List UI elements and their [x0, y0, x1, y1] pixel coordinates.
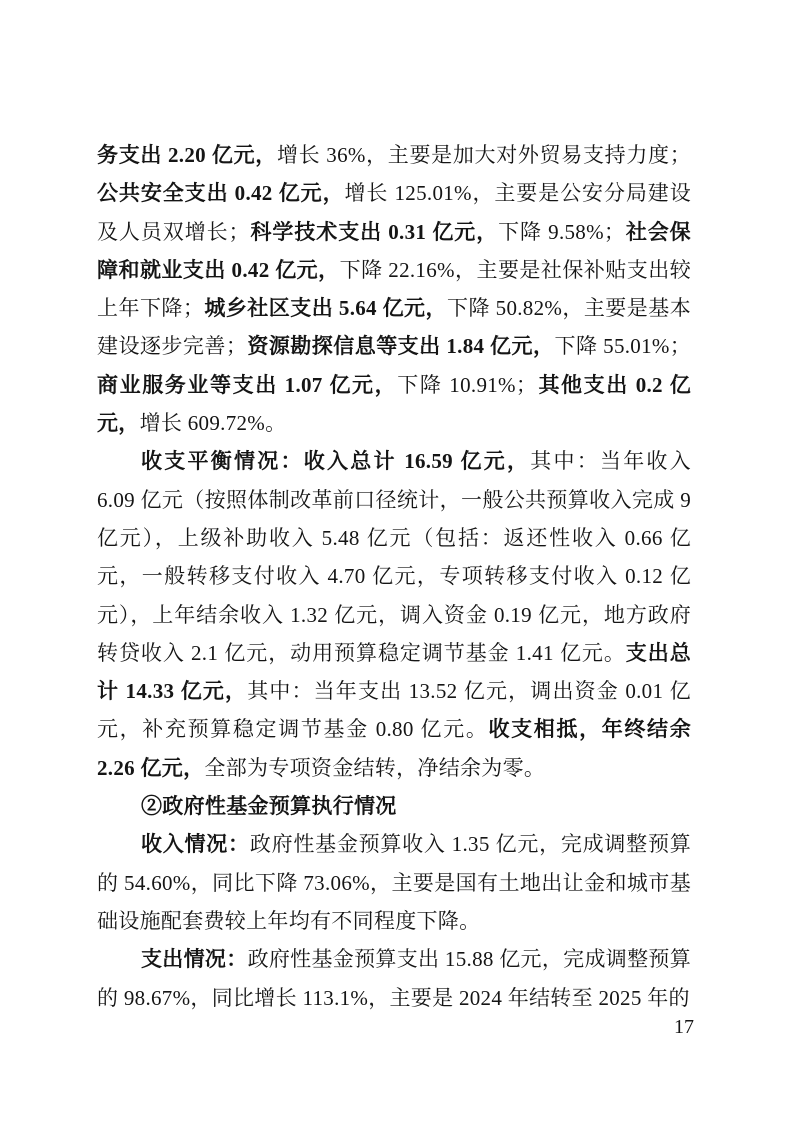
document-page: 务支出 2.20 亿元，增长 36%，主要是加大对外贸易支持力度；公共安全支出 … [0, 0, 793, 1122]
paragraph: 收支平衡情况：收入总计 16.59 亿元，其中：当年收入 6.09 亿元（按照体… [97, 442, 691, 787]
paragraph: 务支出 2.20 亿元，增长 36%，主要是加大对外贸易支持力度；公共安全支出 … [97, 136, 691, 442]
paragraph: 收入情况：政府性基金预算收入 1.35 亿元，完成调整预算的 54.60%，同比… [97, 825, 691, 940]
text-run-bold: 科学技术支出 0.31 亿元， [250, 220, 498, 244]
text-run-bold: 资源勘探信息等支出 1.84 亿元， [247, 334, 554, 358]
text-run-bold: ②政府性基金预算执行情况 [141, 794, 397, 818]
text-run: 下降 9.58%； [498, 220, 625, 244]
page-number: 17 [674, 1014, 694, 1040]
document-body: 务支出 2.20 亿元，增长 36%，主要是加大对外贸易支持力度；公共安全支出 … [97, 136, 691, 1017]
text-run: 下降 10.91%； [397, 373, 537, 397]
section-heading: ②政府性基金预算执行情况 [97, 787, 691, 825]
text-run: 增长 36%，主要是加大对外贸易支持力度； [277, 143, 691, 167]
text-run-bold: 务支出 2.20 亿元， [97, 143, 277, 167]
text-run-bold: 公共安全支出 0.42 亿元， [97, 181, 345, 205]
paragraph: 支出情况：政府性基金预算支出 15.88 亿元，完成调整预算的 98.67%，同… [97, 940, 691, 1017]
text-run: 全部为专项资金结转，净结余为零。 [204, 756, 545, 780]
text-run-bold: 支出情况： [141, 947, 248, 971]
text-run: 下降 55.01%； [554, 334, 691, 358]
text-run-bold: 收支平衡情况：收入总计 16.59 亿元， [141, 449, 530, 473]
text-run: 其中：当年收入 6.09 亿元（按照体制改革前口径统计，一般公共预算收入完成 9… [97, 449, 691, 664]
text-run-bold: 城乡社区支出 5.64 亿元， [204, 296, 447, 320]
text-run: 增长 609.72%。 [140, 411, 287, 435]
text-run-bold: 收入情况： [141, 832, 250, 856]
text-run-bold: 商业服务业等支出 1.07 亿元， [97, 373, 397, 397]
